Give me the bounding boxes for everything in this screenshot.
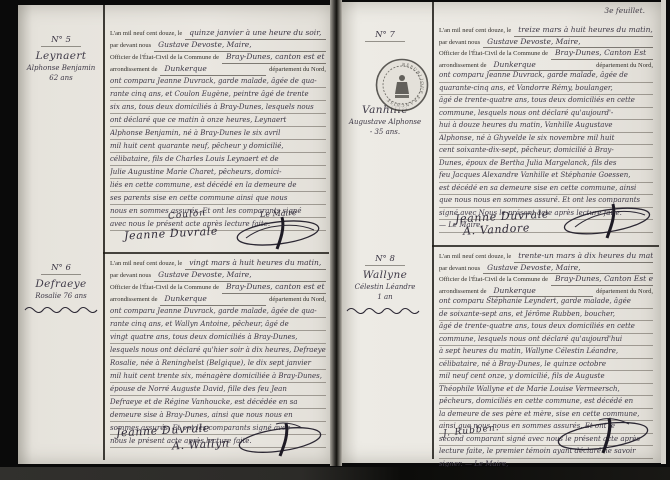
act-opening-line: Officier de l'État-Civil de la Commune d… bbox=[110, 281, 326, 293]
manuscript-line: ont comparu Jeanne Duvrack, garde malade… bbox=[110, 305, 326, 318]
margin-squiggle bbox=[345, 306, 425, 314]
manuscript-line: mil huit cent trente six, ménagère domic… bbox=[110, 370, 326, 383]
act-opening-line: Officier de l'État-Civil de la Commune d… bbox=[439, 47, 653, 59]
act-opening-line: par devant nous Gustave Devoste, Maire, bbox=[110, 39, 326, 51]
act-number: N° 5 bbox=[41, 35, 81, 47]
printed-label: par devant nous bbox=[110, 40, 151, 52]
printed-label: par devant nous bbox=[439, 263, 480, 275]
manuscript-line: Rosalie, née à Reninghelst (Belgique), l… bbox=[110, 357, 326, 370]
manuscript-line: six ans, tous deux domiciliés à Bray-Dun… bbox=[110, 101, 326, 114]
margin-annotation-act6: N° 6 Defraeye Rosalie 76 ans bbox=[22, 257, 100, 318]
decedent-surname: Defraeye bbox=[22, 278, 100, 290]
manuscript-line: feu Jacques Alexandre Vanhille et Stépha… bbox=[439, 170, 653, 183]
act-opening-line: L'an mil neuf cent douze, le trente-un m… bbox=[439, 250, 653, 262]
page-gutter bbox=[330, 0, 342, 466]
printed-label: par devant nous bbox=[110, 270, 151, 282]
manuscript-line: commune, lesquels nous ont déclaré qu'au… bbox=[439, 108, 653, 121]
margin-annotation-act7: N° 7 RÉPUBLIQUE FRANÇAISE Vanhille Augus… bbox=[342, 24, 428, 136]
act-number: N° 7 bbox=[365, 30, 405, 42]
decedent-given-names: Rosalie 76 ans bbox=[22, 292, 100, 300]
manuscript-line: hui à douze heures du matin, Vanhille Au… bbox=[439, 120, 653, 133]
act-opening-line: arrondissement de Dunkerque département … bbox=[439, 285, 653, 297]
margin-annotation-act5: N° 5 Leynaert Alphonse Benjamin 62 ans bbox=[22, 29, 100, 82]
manuscript-line: liés en cette commune, est décédé en la … bbox=[110, 179, 326, 192]
manuscript-line: est décédé en sa demeure sise en cette c… bbox=[439, 183, 653, 196]
manuscript-line: ont comparu Stéphanie Leyndert, garde ma… bbox=[439, 296, 653, 309]
act-opening-line: L'an mil neuf cent douze, le treize mars… bbox=[439, 24, 653, 36]
manuscript-line: mil huit cent quarante neuf, pêcheur y d… bbox=[110, 140, 326, 153]
decedent-surname: Leynaert bbox=[22, 50, 100, 62]
decedent-given-names: Célestin Léandre bbox=[342, 283, 428, 291]
manuscript-line: célibataire, fils de Charles Louis Leyna… bbox=[110, 153, 326, 166]
manuscript-line: quarante-cinq ans, et Vandorre Rémy, bou… bbox=[439, 83, 653, 96]
witness-signature: A. Vandore bbox=[463, 221, 531, 237]
manuscript-line: épouse de Norré Auguste David, fille des… bbox=[110, 383, 326, 396]
act-opening-line: par devant nous Gustave Devoste, Maire, bbox=[439, 262, 653, 274]
act-separator bbox=[103, 252, 329, 254]
manuscript-line: cent soixante-dix-sept, pêcheur, domicil… bbox=[439, 145, 653, 158]
registry-page-left: N° 5 Leynaert Alphonse Benjamin 62 ans L… bbox=[18, 5, 333, 464]
manuscript-line: Defraeye et de Régine Vanhoucke, est déc… bbox=[110, 396, 326, 409]
official-stamp: RÉPUBLIQUE FRANÇAISE bbox=[375, 58, 429, 112]
act-opening-line: par devant nous Gustave Devoste, Maire, bbox=[439, 36, 653, 48]
manuscript-line: à sept heures du matin, Wallyne Célestin… bbox=[439, 346, 653, 359]
mayor-signature-flourish bbox=[555, 416, 651, 454]
act-opening-line: Officier de l'État-Civil de la Commune d… bbox=[439, 273, 653, 285]
margin-squiggle bbox=[23, 305, 99, 313]
decedent-surname: Wallyne bbox=[342, 269, 428, 281]
witness-signature: A. Wallyn bbox=[172, 437, 230, 453]
registry-page-right: 3e feuillet. N° 7 RÉPUBLIQUE FRANÇAISE V… bbox=[340, 2, 661, 463]
decedent-given-names: Augustave Alphonse bbox=[342, 118, 428, 126]
mayor-signature-flourish bbox=[236, 421, 324, 457]
manuscript-line: rante cinq ans, et Wallyn Antoine, pêche… bbox=[110, 318, 326, 331]
manuscript-line: vingt quatre ans, tous deux domiciliés à… bbox=[110, 331, 326, 344]
decedent-given-names: Alphonse Benjamin bbox=[22, 64, 100, 72]
printed-label: par devant nous bbox=[439, 37, 480, 49]
death-act-6: L'an mil neuf cent douze, le vingt mars … bbox=[110, 257, 326, 459]
decedent-age: 1 an bbox=[342, 293, 428, 301]
act-opening-line: Officier de l'État-Civil de la Commune d… bbox=[110, 51, 326, 63]
act-opening-line: L'an mil neuf cent douze, le vingt mars … bbox=[110, 257, 326, 269]
manuscript-line: âgé de trente-quatre ans, tous deux domi… bbox=[439, 321, 653, 334]
manuscript-line: rante cinq ans, et Coulon Eugène, peintr… bbox=[110, 88, 326, 101]
mayor-signature-flourish bbox=[561, 203, 653, 239]
act-opening-line: L'an mil neuf cent douze, le quinze janv… bbox=[110, 27, 326, 39]
manuscript-line: de soixante-sept ans, et Jérôme Rubben, … bbox=[439, 309, 653, 322]
margin-rule bbox=[103, 5, 105, 460]
registry-scan: N° 5 Leynaert Alphonse Benjamin 62 ans L… bbox=[0, 0, 670, 480]
manuscript-line: mil neuf cent onze, y domicilié, fils de… bbox=[439, 371, 653, 384]
sheet-note: 3e feuillet. bbox=[604, 6, 645, 15]
act-opening-line: arrondissement de Dunkerque département … bbox=[110, 293, 326, 305]
scan-bottom-edge bbox=[0, 467, 670, 480]
manuscript-line: Alphonse Benjamin, né à Bray-Dunes le si… bbox=[110, 127, 326, 140]
manuscript-line: Dunes, époux de Bertha Julia Margelanck,… bbox=[439, 158, 653, 171]
page-edge bbox=[661, 0, 666, 464]
manuscript-line: célibataire, né à Bray-Dunes, le quinze … bbox=[439, 359, 653, 372]
manuscript-line: Alphonse, né à Ghyvelde le six novembre … bbox=[439, 133, 653, 146]
manuscript-line: commune, lesquels nous ont déclaré qu'au… bbox=[439, 334, 653, 347]
manuscript-line: ont déclaré que ce matin à onze heures, … bbox=[110, 114, 326, 127]
decedent-age: - 35 ans. bbox=[342, 128, 428, 136]
act-number: N° 6 bbox=[41, 263, 81, 275]
margin-annotation-act8: N° 8 Wallyne Célestin Léandre 1 an bbox=[342, 248, 428, 319]
act-opening-line: arrondissement de Dunkerque département … bbox=[110, 63, 326, 75]
mayor-signature-flourish bbox=[234, 216, 322, 250]
manuscript-line: Julie Augustine Marie Charet, pêcheurs, … bbox=[110, 166, 326, 179]
manuscript-line: ses parents sise en cette commune ainsi … bbox=[110, 192, 326, 205]
act-opening-line: arrondissement de Dunkerque département … bbox=[439, 59, 653, 71]
act-opening-line: par devant nous Gustave Devoste, Maire, bbox=[110, 269, 326, 281]
act-number: N° 8 bbox=[365, 254, 405, 266]
manuscript-line: ont comparu Jeanne Duvrack, garde malade… bbox=[439, 70, 653, 83]
manuscript-line: âgé de trente-quatre ans, tous deux domi… bbox=[439, 95, 653, 108]
manuscript-line: ont comparu Jeanne Duvrack, garde malade… bbox=[110, 75, 326, 88]
manuscript-line: Théophile Wallyne et de Marie Louise Ver… bbox=[439, 384, 653, 397]
act-separator bbox=[432, 245, 659, 247]
death-act-7: L'an mil neuf cent douze, le treize mars… bbox=[439, 24, 653, 243]
death-act-5: L'an mil neuf cent douze, le quinze janv… bbox=[110, 27, 326, 252]
manuscript-line: pêcheurs, domiciliés en cette commune, e… bbox=[439, 396, 653, 409]
margin-rule bbox=[432, 2, 434, 459]
manuscript-line: lesquels nous ont déclaré qu'hier soir à… bbox=[110, 344, 326, 357]
death-act-8: L'an mil neuf cent douze, le trente-un m… bbox=[439, 250, 653, 458]
decedent-age: 62 ans bbox=[22, 74, 100, 82]
